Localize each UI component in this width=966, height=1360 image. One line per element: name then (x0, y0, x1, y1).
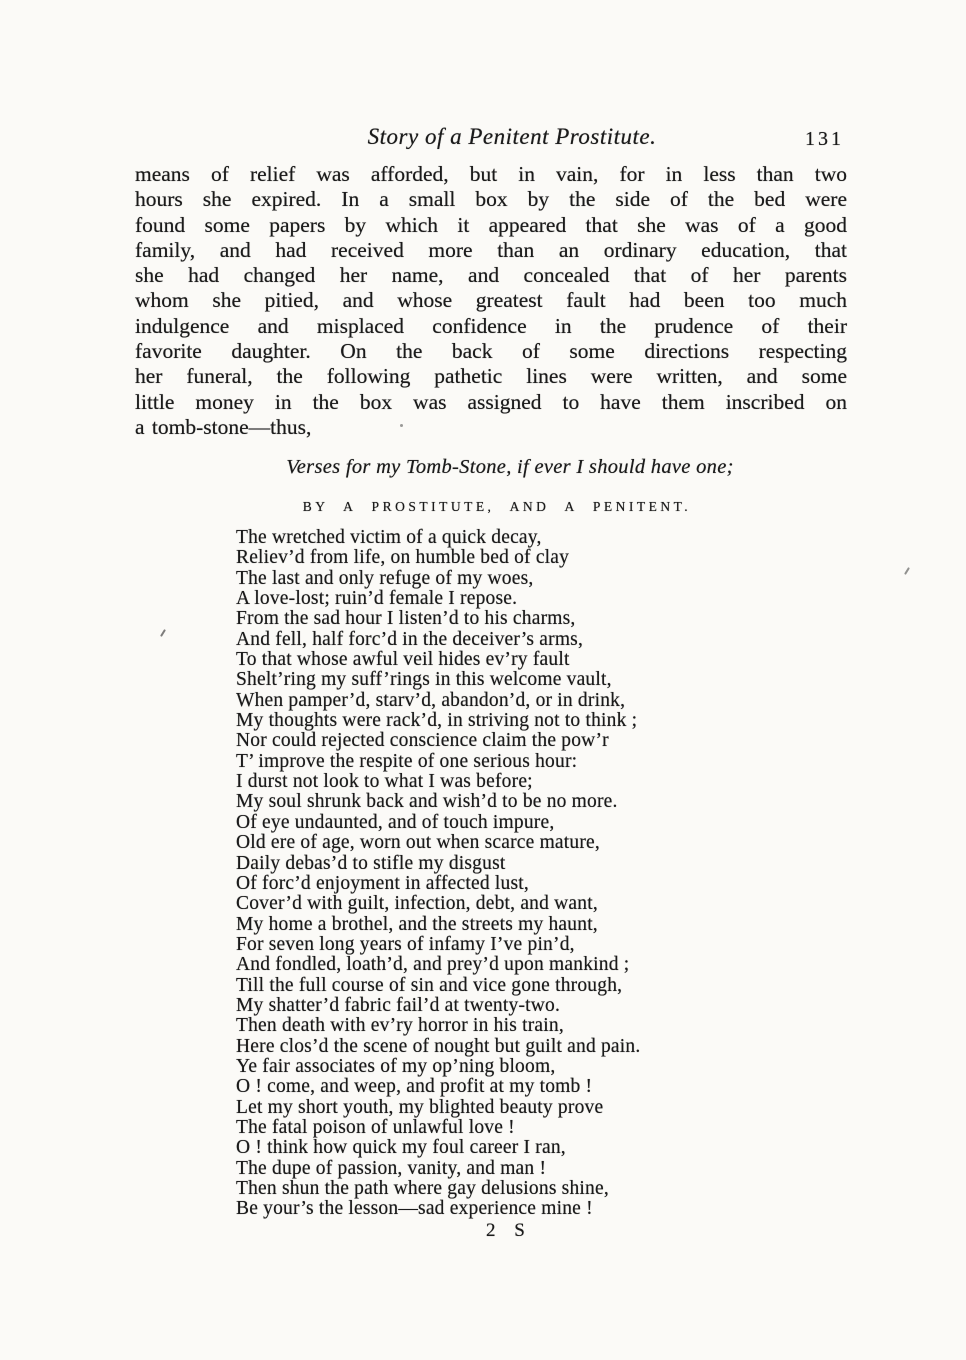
body-text-line: favorite daughter. On the back of some d… (135, 339, 847, 364)
poem-verse-line: T’ improve the respite of one serious ho… (236, 752, 640, 772)
poem-verse-line: O ! think how quick my foul career I ran… (236, 1138, 640, 1158)
body-text-line: family, and had received more than an or… (135, 238, 847, 263)
poem-verse-line: Till the full course of sin and vice gon… (236, 976, 640, 996)
poem-verse-line: O ! come, and weep, and profit at my tom… (236, 1077, 640, 1097)
body-text-line: whom she pitied, and whose greatest faul… (135, 288, 847, 313)
poem-verse-line: My soul shrunk back and wish’d to be no … (236, 792, 640, 812)
poem-verse-line: For seven long years of infamy I’ve pin’… (236, 935, 640, 955)
poem-verse-line: I durst not look to what I was before; (236, 772, 640, 792)
poem-verse-line: My thoughts were rack’d, in striving not… (236, 711, 640, 731)
body-text-line: she had changed her name, and concealed … (135, 263, 847, 288)
printer-signature-mark: 2 S (486, 1220, 532, 1242)
body-text-line: indulgence and misplaced confidence in t… (135, 314, 847, 339)
poem-verse-line: A love-lost; ruin’d female I repose. (236, 589, 640, 609)
poem-verse-line: Then shun the path where gay delusions s… (236, 1179, 640, 1199)
body-text-line: found some papers by which it appeared t… (135, 213, 847, 238)
scan-speck-artifact (904, 567, 910, 575)
poem-verse-line: When pamper’d, starv’d, abandon’d, or in… (236, 691, 640, 711)
poem-verse-line: Of eye undaunted, and of touch impure, (236, 813, 640, 833)
poem-verse-line: From the sad hour I listen’d to his char… (236, 609, 640, 629)
poem-verse-line: The fatal poison of unlawful love ! (236, 1118, 640, 1138)
poem-verse-line: Then death with ev’ry horror in his trai… (236, 1016, 640, 1036)
poem-verse-line: Old ere of age, worn out when scarce mat… (236, 833, 640, 853)
poem-verse-line: The wretched victim of a quick decay, (236, 528, 640, 548)
poem-verse-line: Daily debas’d to stifle my disgust (236, 854, 640, 874)
body-text-line: her funeral, the following pathetic line… (135, 364, 847, 389)
poem-body: The wretched victim of a quick decay,Rel… (236, 528, 640, 1220)
poem-verse-line: Reliev’d from life, on humble bed of cla… (236, 548, 640, 568)
poem-verse-line: Here clos’d the scene of nought but guil… (236, 1037, 640, 1057)
poem-verse-line: Ye fair associates of my op’ning bloom, (236, 1057, 640, 1077)
poem-verse-line: Cover’d with guilt, infection, debt, and… (236, 894, 640, 914)
poem-title: Verses for my Tomb-Stone, if ever I shou… (54, 456, 966, 479)
poem-verse-line: The last and only refuge of my woes, (236, 569, 640, 589)
body-text-line: little money in the box was assigned to … (135, 390, 847, 415)
scanned-book-page: Story of a Penitent Prostitute. 131 mean… (0, 0, 966, 1360)
poem-verse-line: The dupe of passion, vanity, and man ! (236, 1159, 640, 1179)
poem-verse-line: Nor could rejected conscience claim the … (236, 731, 640, 751)
body-text-line: means of relief was afforded, but in vai… (135, 162, 847, 187)
scan-speck-artifact (160, 629, 166, 637)
body-paragraph: means of relief was afforded, but in vai… (135, 162, 847, 440)
scan-speck-artifact (400, 424, 403, 427)
poem-verse-line: To that whose awful veil hides ev’ry fau… (236, 650, 640, 670)
poem-byline: BY A PROSTITUTE, AND A PENITENT. (28, 499, 966, 515)
poem-verse-line: And fondled, loath’d, and prey’d upon ma… (236, 955, 640, 975)
poem-verse-line: Let my short youth, my blighted beauty p… (236, 1098, 640, 1118)
poem-verse-line: Be your’s the lesson—sad experience mine… (236, 1199, 640, 1219)
body-text-line: a tomb-stone—thus, (135, 415, 847, 440)
poem-verse-line: My home a brothel, and the streets my ha… (236, 915, 640, 935)
body-text-line: hours she expired. In a small box by the… (135, 187, 847, 212)
poem-verse-line: My shatter’d fabric fail’d at twenty-two… (236, 996, 640, 1016)
poem-verse-line: And fell, half forc’d in the deceiver’s … (236, 630, 640, 650)
poem-verse-line: Shelt’ring my suff’rings in this welcome… (236, 670, 640, 690)
poem-verse-line: Of forc’d enjoyment in affected lust, (236, 874, 640, 894)
page-number: 131 (805, 128, 844, 151)
